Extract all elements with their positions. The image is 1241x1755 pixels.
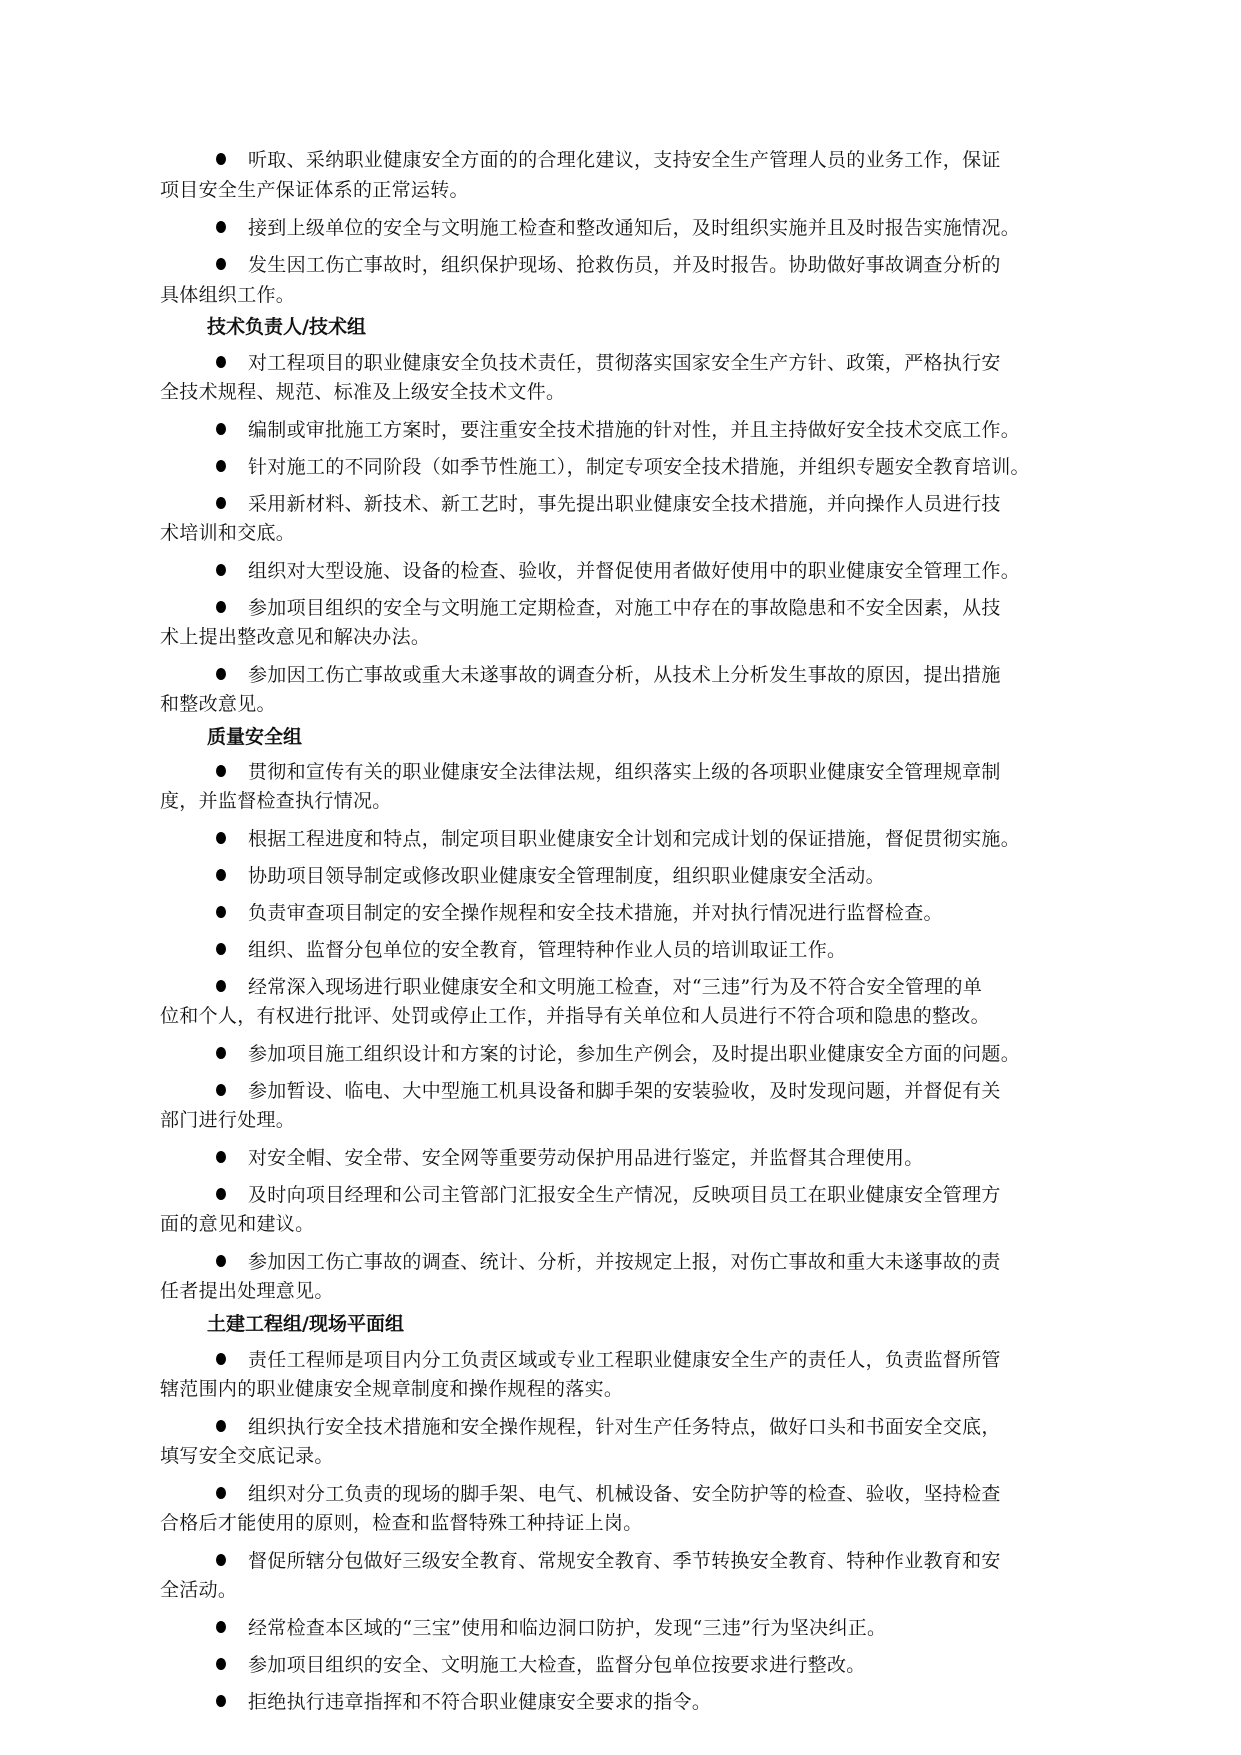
bullet-icon — [216, 153, 226, 165]
bullet-icon — [216, 1151, 226, 1163]
bullet-icon — [216, 1084, 226, 1096]
bullet-icon — [216, 1621, 226, 1633]
bullet-icon — [216, 221, 226, 233]
bullet-continuation: 术上提出整改意见和解决办法。 — [160, 622, 1108, 652]
bullet-item: 督促所辖分包做好三级安全教育、常规安全教育、季节转换安全教育、特种作业教育和安 — [160, 1546, 1108, 1576]
bullet-item: 及时向项目经理和公司主管部门汇报安全生产情况，反映项目员工在职业健康安全管理方 — [160, 1180, 1108, 1210]
bullet-icon — [216, 765, 226, 777]
bullet-icon — [216, 258, 226, 270]
bullet-item: 编制或审批施工方案时，要注重安全技术措施的针对性，并且主持做好安全技术交底工作。 — [160, 415, 1108, 445]
bullet-item: 参加项目施工组织设计和方案的讨论，参加生产例会，及时提出职业健康安全方面的问题。 — [160, 1039, 1108, 1069]
bullet-item: 贯彻和宣传有关的职业健康安全法律法规，组织落实上级的各项职业健康安全管理规章制 — [160, 757, 1108, 787]
bullet-item: 参加因工伤亡事故或重大未遂事故的调查分析，从技术上分析发生事故的原因，提出措施 — [160, 660, 1108, 690]
section-heading-quality-safety: 质量安全组 — [207, 722, 302, 752]
bullet-continuation: 和整改意见。 — [160, 689, 1108, 719]
bullet-item: 对安全帽、安全带、安全网等重要劳动保护用品进行鉴定，并监督其合理使用。 — [160, 1143, 1108, 1173]
bullet-icon — [216, 869, 226, 881]
bullet-item: 经常检查本区域的“三宝”使用和临边洞口防护，发现“三违”行为坚决纠正。 — [160, 1613, 1108, 1643]
bullet-item: 采用新材料、新技术、新工艺时，事先提出职业健康安全技术措施，并向操作人员进行技 — [160, 489, 1108, 519]
bullet-icon — [216, 497, 226, 509]
bullet-icon — [216, 668, 226, 680]
bullet-item: 参加项目组织的安全、文明施工大检查，监督分包单位按要求进行整改。 — [160, 1650, 1108, 1680]
bullet-item: 发生因工伤亡事故时，组织保护现场、抢救伤员，并及时报告。协助做好事故调查分析的 — [160, 250, 1108, 280]
bullet-item: 组织对分工负责的现场的脚手架、电气、机械设备、安全防护等的检查、验收，坚持检查 — [160, 1479, 1108, 1509]
bullet-item: 责任工程师是项目内分工负责区域或专业工程职业健康安全生产的责任人，负责监督所管 — [160, 1345, 1108, 1375]
bullet-continuation: 具体组织工作。 — [160, 280, 1108, 310]
bullet-item: 参加因工伤亡事故的调查、统计、分析，并按规定上报，对伤亡事故和重大未遂事故的责 — [160, 1247, 1108, 1277]
bullet-icon — [216, 1353, 226, 1365]
bullet-icon — [216, 1695, 226, 1707]
bullet-item: 根据工程进度和特点，制定项目职业健康安全计划和完成计划的保证措施，督促贯彻实施。 — [160, 824, 1108, 854]
bullet-icon — [216, 1255, 226, 1267]
bullet-continuation: 辖范围内的职业健康安全规章制度和操作规程的落实。 — [160, 1374, 1108, 1404]
bullet-icon — [216, 906, 226, 918]
bullet-continuation: 任者提出处理意见。 — [160, 1276, 1108, 1306]
bullet-icon — [216, 943, 226, 955]
bullet-icon — [216, 356, 226, 368]
bullet-icon — [216, 980, 226, 992]
bullet-continuation: 项目安全生产保证体系的正常运转。 — [160, 175, 1108, 205]
bullet-icon — [216, 564, 226, 576]
bullet-item: 拒绝执行违章指挥和不符合职业健康安全要求的指令。 — [160, 1687, 1108, 1717]
bullet-item: 组织、监督分包单位的安全教育，管理特种作业人员的培训取证工作。 — [160, 935, 1108, 965]
bullet-item: 经常深入现场进行职业健康安全和文明施工检查，对“三违”行为及不符合安全管理的单 — [160, 972, 1108, 1002]
bullet-icon — [216, 832, 226, 844]
bullet-icon — [216, 1487, 226, 1499]
bullet-item: 听取、采纳职业健康安全方面的的合理化建议，支持安全生产管理人员的业务工作，保证 — [160, 145, 1108, 175]
bullet-icon — [216, 1420, 226, 1432]
bullet-continuation: 填写安全交底记录。 — [160, 1441, 1108, 1471]
bullet-icon — [216, 1658, 226, 1670]
bullet-item: 组织对大型设施、设备的检查、验收，并督促使用者做好使用中的职业健康安全管理工作。 — [160, 556, 1108, 586]
bullet-icon — [216, 460, 226, 472]
bullet-continuation: 全技术规程、规范、标准及上级安全技术文件。 — [160, 377, 1108, 407]
bullet-continuation: 全活动。 — [160, 1575, 1108, 1605]
section-heading-technical: 技术负责人/技术组 — [207, 312, 366, 342]
bullet-continuation: 术培训和交底。 — [160, 518, 1108, 548]
bullet-item: 协助项目领导制定或修改职业健康安全管理制度，组织职业健康安全活动。 — [160, 861, 1108, 891]
bullet-continuation: 位和个人，有权进行批评、处罚或停止工作，并指导有关单位和人员进行不符合项和隐患的… — [160, 1001, 1108, 1031]
bullet-item: 对工程项目的职业健康安全负技术责任，贯彻落实国家安全生产方针、政策，严格执行安 — [160, 348, 1108, 378]
bullet-item: 接到上级单位的安全与文明施工检查和整改通知后，及时组织实施并且及时报告实施情况。 — [160, 213, 1108, 243]
bullet-continuation: 部门进行处理。 — [160, 1105, 1108, 1135]
bullet-item: 参加暂设、临电、大中型施工机具设备和脚手架的安装验收，及时发现问题，并督促有关 — [160, 1076, 1108, 1106]
document-page: 听取、采纳职业健康安全方面的的合理化建议，支持安全生产管理人员的业务工作，保证 … — [0, 0, 1241, 1755]
bullet-icon — [216, 601, 226, 613]
bullet-icon — [216, 1554, 226, 1566]
section-heading-civil-engineering: 土建工程组/现场平面组 — [207, 1309, 404, 1339]
bullet-continuation: 合格后才能使用的原则，检查和监督特殊工种持证上岗。 — [160, 1508, 1108, 1538]
bullet-continuation: 度，并监督检查执行情况。 — [160, 786, 1108, 816]
bullet-icon — [216, 1047, 226, 1059]
bullet-continuation: 面的意见和建议。 — [160, 1209, 1108, 1239]
bullet-item: 组织执行安全技术措施和安全操作规程，针对生产任务特点，做好口头和书面安全交底， — [160, 1412, 1108, 1442]
bullet-item: 负责审查项目制定的安全操作规程和安全技术措施，并对执行情况进行监督检查。 — [160, 898, 1108, 928]
bullet-icon — [216, 1188, 226, 1200]
bullet-item: 针对施工的不同阶段（如季节性施工），制定专项安全技术措施，并组织专题安全教育培训… — [160, 452, 1108, 482]
bullet-item: 参加项目组织的安全与文明施工定期检查，对施工中存在的事故隐患和不安全因素，从技 — [160, 593, 1108, 623]
bullet-icon — [216, 423, 226, 435]
